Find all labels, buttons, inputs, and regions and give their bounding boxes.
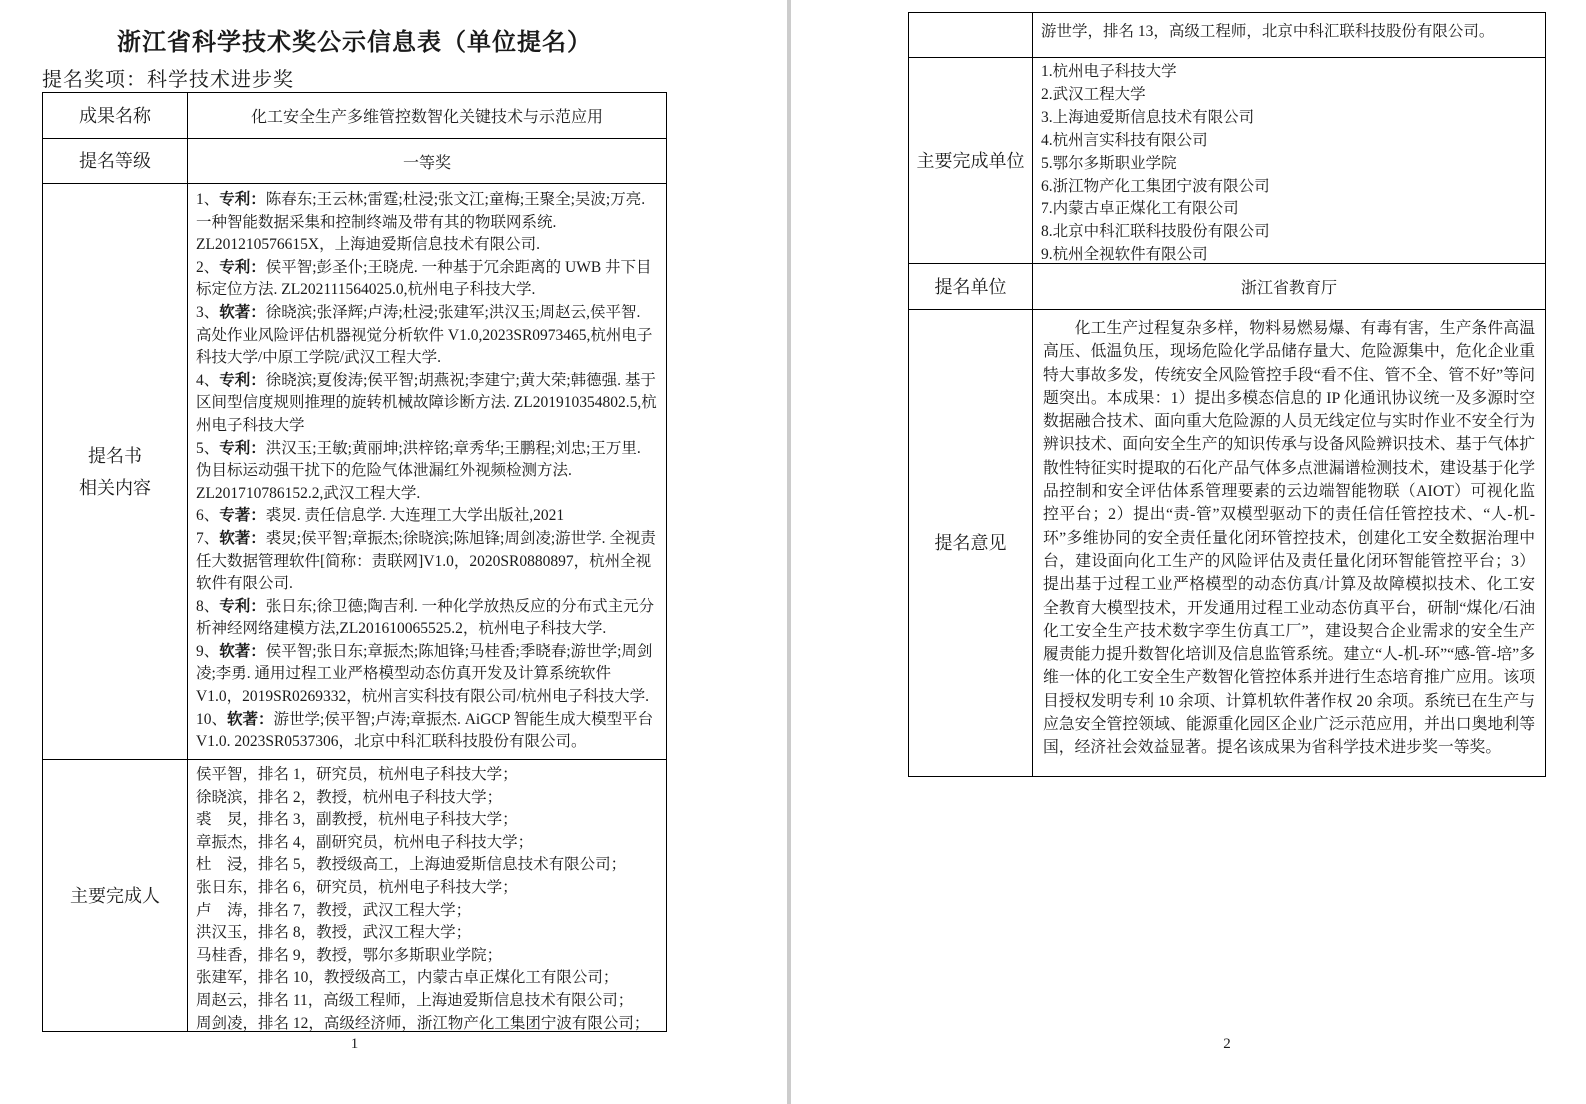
main-completers-cell: 侯平智，排名 1，研究员，杭州电子科技大学； 徐晓滨，排名 2，教授，杭州电子科… <box>188 760 666 1031</box>
related-content-item-4: 4、专利：徐晓滨;夏俊涛;侯平智;胡燕祝;李建宁;黄大荣;韩德强. 基于区间型信… <box>196 370 658 438</box>
unit-line: 7.内蒙古卓正煤化工有限公司 <box>1041 198 1537 221</box>
related-content-item-7: 7、软著：裘炅;侯平智;章振杰;徐晓滨;陈旭锋;周剑凌;游世学. 全视责任大数据… <box>196 528 658 596</box>
label-empty-continuation <box>909 13 1033 57</box>
row-nomination-opinion: 提名意见 化工生产过程复杂多样，物料易燃易爆、有毒有害，生产条件高温高压、低温负… <box>909 309 1545 776</box>
completer-line: 裘 炅，排名 3，副教授，杭州电子科技大学； <box>196 809 658 832</box>
page-number-1: 1 <box>42 1036 667 1053</box>
document-viewer: 浙江省科学技术奖公示信息表（单位提名） 提名奖项：科学技术进步奖 成果名称 化工… <box>0 0 1586 1104</box>
related-content-item-1: 1、专利：陈春东;王云林;雷霆;杜浸;张文江;童梅;王聚全;吴波;万亮. 一种智… <box>196 189 658 257</box>
row-nominating-unit: 提名单位 浙江省教育厅 <box>909 263 1545 309</box>
unit-line: 6.浙江物产化工集团宁波有限公司 <box>1041 176 1537 199</box>
unit-line: 9.杭州全视软件有限公司 <box>1041 244 1537 263</box>
row-main-units: 主要完成单位 1.杭州电子科技大学 2.武汉工程大学 3.上海迪爱斯信息技术有限… <box>909 57 1545 263</box>
unit-line: 8.北京中科汇联科技股份有限公司 <box>1041 221 1537 244</box>
label-achievement-name: 成果名称 <box>43 93 188 138</box>
label-related-content: 提名书 相关内容 <box>43 184 188 759</box>
row-achievement-name: 成果名称 化工安全生产多维管控数智化关键技术与示范应用 <box>43 93 666 138</box>
info-table-page1: 成果名称 化工安全生产多维管控数智化关键技术与示范应用 提名等级 一等奖 提名书… <box>42 92 667 1032</box>
completer-line: 周赵云，排名 11，高级工程师，上海迪爱斯信息技术有限公司； <box>196 990 658 1013</box>
row-nomination-grade: 提名等级 一等奖 <box>43 138 666 183</box>
completers-continuation-cell: 游世学，排名 13，高级工程师，北京中科汇联科技股份有限公司。 <box>1033 13 1545 57</box>
nomination-opinion-text: 化工生产过程复杂多样，物料易燃易爆、有毒有害，生产条件高温高压、低温负压，现场危… <box>1043 317 1535 760</box>
unit-line: 2.武汉工程大学 <box>1041 84 1537 107</box>
page-title: 浙江省科学技术奖公示信息表（单位提名） <box>42 22 667 57</box>
award-category-line: 提名奖项：科学技术进步奖 <box>42 63 294 92</box>
related-content-item-10: 10、软著：游世学;侯平智;卢涛;章振杰. AiGCP 智能生成大模型平台 V1… <box>196 709 658 754</box>
row-completers-continuation: 游世学，排名 13，高级工程师，北京中科汇联科技股份有限公司。 <box>909 13 1545 57</box>
row-related-content: 提名书 相关内容 1、专利：陈春东;王云林;雷霆;杜浸;张文江;童梅;王聚全;吴… <box>43 183 666 759</box>
label-related-content-line1: 提名书 <box>88 440 142 472</box>
value-nominating-unit: 浙江省教育厅 <box>1033 264 1545 309</box>
related-content-item-6: 6、专著：裘炅. 责任信息学. 大连理工大学出版社,2021 <box>196 505 658 528</box>
related-content-item-5: 5、专利：洪汉玉;王敏;黄丽坤;洪梓铭;章秀华;王鹏程;刘忠;王万里. 伪目标运… <box>196 438 658 506</box>
completer-line: 张建军，排名 10，教授级高工，内蒙古卓正煤化工有限公司； <box>196 967 658 990</box>
value-nomination-grade: 一等奖 <box>188 139 666 183</box>
completer-line: 章振杰，排名 4，副研究员，杭州电子科技大学； <box>196 832 658 855</box>
completer-line: 周剑凌，排名 12，高级经济师，浙江物产化工集团宁波有限公司； <box>196 1013 658 1031</box>
unit-line: 3.上海迪爱斯信息技术有限公司 <box>1041 107 1537 130</box>
info-table-page2: 游世学，排名 13，高级工程师，北京中科汇联科技股份有限公司。 主要完成单位 1… <box>908 12 1546 777</box>
label-nomination-opinion: 提名意见 <box>909 310 1033 776</box>
related-content-cell: 1、专利：陈春东;王云林;雷霆;杜浸;张文江;童梅;王聚全;吴波;万亮. 一种智… <box>188 184 666 759</box>
label-nominating-unit: 提名单位 <box>909 264 1033 309</box>
unit-line: 4.杭州言实科技有限公司 <box>1041 130 1537 153</box>
related-content-item-3: 3、软著：徐晓滨;张泽辉;卢涛;杜浸;张建军;洪汉玉;周赵云,侯平智. 高处作业… <box>196 302 658 370</box>
completer-line: 张日东，排名 6，研究员，杭州电子科技大学； <box>196 877 658 900</box>
nomination-opinion-cell: 化工生产过程复杂多样，物料易燃易爆、有毒有害，生产条件高温高压、低温负压，现场危… <box>1033 310 1545 776</box>
related-content-item-8: 8、专利：张日东;徐卫德;陶吉利. 一种化学放热反应的分布式主元分析神经网络建模… <box>196 596 658 641</box>
page-divider <box>787 0 791 1104</box>
completer-line: 卢 涛，排名 7，教授，武汉工程大学； <box>196 900 658 923</box>
completer-line: 杜 浸，排名 5，教授级高工，上海迪爱斯信息技术有限公司； <box>196 854 658 877</box>
related-content-item-9: 9、软著：侯平智;张日东;章振杰;陈旭锋;马桂香;季晓春;游世学;周剑凌;李勇.… <box>196 641 658 709</box>
unit-line: 5.鄂尔多斯职业学院 <box>1041 153 1537 176</box>
completer-line: 侯平智，排名 1，研究员，杭州电子科技大学； <box>196 764 658 787</box>
unit-line: 1.杭州电子科技大学 <box>1041 61 1537 84</box>
label-related-content-line2: 相关内容 <box>79 472 151 504</box>
label-main-units: 主要完成单位 <box>909 58 1033 263</box>
page-number-2: 2 <box>908 1036 1546 1053</box>
related-content-item-2: 2、专利：侯平智;彭圣仆;王晓虎. 一种基于冗余距离的 UWB 井下目标定位方法… <box>196 257 658 302</box>
completer-line: 徐晓滨，排名 2，教授，杭州电子科技大学； <box>196 787 658 810</box>
completer-line: 马桂香，排名 9，教授，鄂尔多斯职业学院； <box>196 945 658 968</box>
row-main-completers: 主要完成人 侯平智，排名 1，研究员，杭州电子科技大学； 徐晓滨，排名 2，教授… <box>43 759 666 1031</box>
label-main-completers: 主要完成人 <box>43 760 188 1031</box>
completer-line: 洪汉玉，排名 8，教授，武汉工程大学； <box>196 922 658 945</box>
main-units-cell: 1.杭州电子科技大学 2.武汉工程大学 3.上海迪爱斯信息技术有限公司 4.杭州… <box>1033 58 1545 263</box>
value-achievement-name: 化工安全生产多维管控数智化关键技术与示范应用 <box>188 93 666 138</box>
label-nomination-grade: 提名等级 <box>43 139 188 183</box>
